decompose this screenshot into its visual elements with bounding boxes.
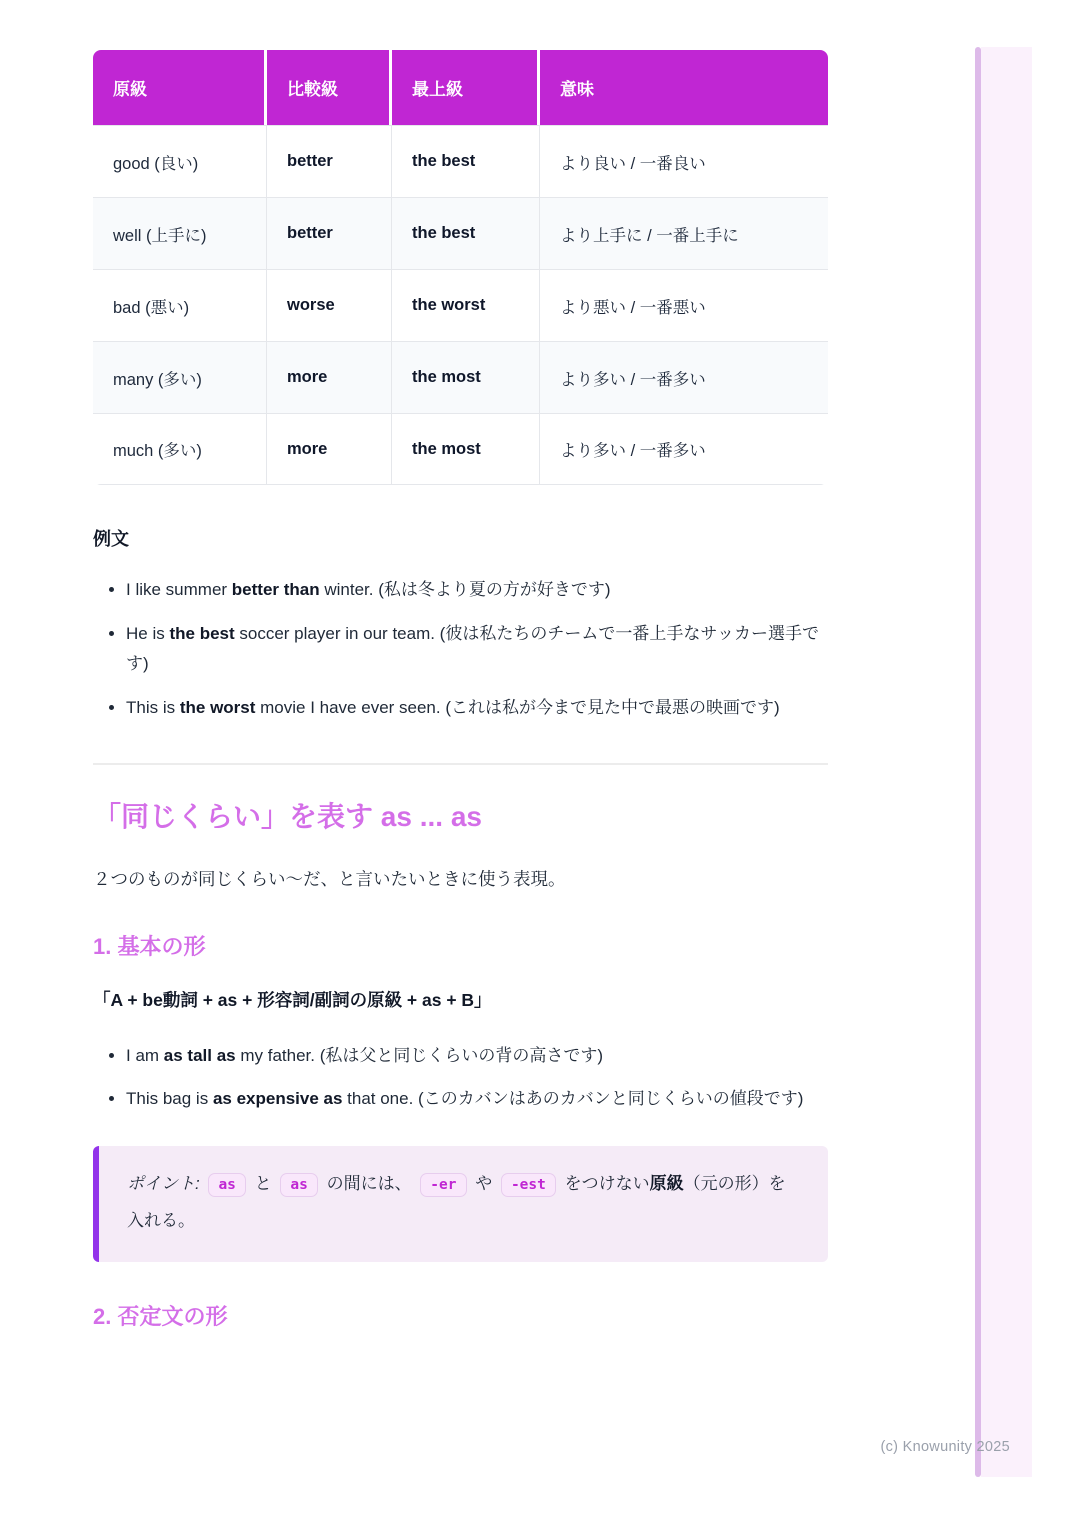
point-callout: ポイント: as と as の間には、 -er や -est をつけない原級（元… [93, 1146, 828, 1262]
table-cell: better [267, 197, 392, 269]
text-segment: that one. (このカバンはあのカバンと同じくらいの値段です) [342, 1089, 803, 1108]
as-as-section-title: 「同じくらい」を表す as ... as [93, 798, 828, 836]
text-segment: をつけない [560, 1174, 650, 1193]
bold-text: the best [169, 624, 234, 643]
table-header-cell: 最上級 [392, 50, 540, 125]
negative-form-heading: 2. 否定文の形 [93, 1302, 828, 1332]
examples-heading: 例文 [93, 525, 828, 551]
table-header-cell: 比較級 [267, 50, 392, 125]
text-segment: He is [126, 624, 169, 643]
copyright-watermark: (c) Knowunity 2025 [880, 1439, 1010, 1455]
table-cell: much (多い) [93, 413, 267, 485]
text-segment: の間には、 [322, 1174, 416, 1193]
text-segment: I am [126, 1046, 164, 1065]
basic-form-heading: 1. 基本の形 [93, 932, 828, 962]
table-cell: more [267, 341, 392, 413]
table-cell: many (多い) [93, 341, 267, 413]
table-cell: good (良い) [93, 125, 267, 197]
basic-form-examples-list: I am as tall as my father. (私は父と同じくらいの背の… [93, 1040, 828, 1114]
table-cell: better [267, 125, 392, 197]
right-margin-panel [981, 47, 1032, 1477]
table-row: many (多い)morethe mostより多い / 一番多い [93, 341, 828, 413]
bold-text: better than [232, 580, 320, 599]
table-cell: より上手に / 一番上手に [540, 197, 828, 269]
table-header-cell: 意味 [540, 50, 828, 125]
bold-text: the worst [180, 698, 256, 717]
table-cell: the best [392, 197, 540, 269]
examples-list: I like summer better than winter. (私は冬より… [93, 575, 828, 723]
document-content: 原級比較級最上級意味 good (良い)betterthe bestより良い /… [93, 50, 828, 1332]
text-segment: This bag is [126, 1089, 213, 1108]
table-header: 原級比較級最上級意味 [93, 50, 828, 125]
text-segment: movie I have ever seen. (これは私が今まで見た中で最悪の… [255, 698, 779, 717]
table-cell: the worst [392, 269, 540, 341]
point-callout-text: ポイント: as と as の間には、 -er や -est をつけない原級（元… [127, 1166, 798, 1238]
table-row: much (多い)morethe mostより多い / 一番多い [93, 413, 828, 485]
table-cell: より良い / 一番良い [540, 125, 828, 197]
table-cell: more [267, 413, 392, 485]
as-as-intro-text: ２つのものが同じくらい〜だ、と言いたいときに使う表現。 [93, 867, 828, 892]
irregular-comparison-table: 原級比較級最上級意味 good (良い)betterthe bestより良い /… [93, 50, 828, 485]
example-list-item: This is the worst movie I have ever seen… [126, 693, 828, 723]
table-row: bad (悪い)worsethe worstより悪い / 一番悪い [93, 269, 828, 341]
table-cell: より多い / 一番多い [540, 341, 828, 413]
inline-code-chip: as [280, 1173, 317, 1197]
table-header-cell: 原級 [93, 50, 267, 125]
table-cell: bad (悪い) [93, 269, 267, 341]
comparison-table-wrapper: 原級比較級最上級意味 good (良い)betterthe bestより良い /… [93, 50, 828, 485]
basic-form-formula: 「A + be動詞 + as + 形容詞/副詞の原級 + as + B」 [93, 988, 828, 1012]
example-list-item: This bag is as expensive as that one. (こ… [126, 1083, 828, 1114]
text-segment: winter. (私は冬より夏の方が好きです) [320, 580, 611, 599]
table-body: good (良い)betterthe bestより良い / 一番良いwell (… [93, 125, 828, 485]
inline-code-chip: as [208, 1173, 245, 1197]
example-list-item: He is the best soccer player in our team… [126, 619, 828, 679]
text-segment: This is [126, 698, 180, 717]
table-cell: the most [392, 413, 540, 485]
bold-text: as expensive as [213, 1089, 342, 1108]
table-row: good (良い)betterthe bestより良い / 一番良い [93, 125, 828, 197]
table-cell: より多い / 一番多い [540, 413, 828, 485]
table-cell: the most [392, 341, 540, 413]
text-segment: と [250, 1174, 276, 1193]
example-list-item: I am as tall as my father. (私は父と同じくらいの背の… [126, 1040, 828, 1071]
inline-code-chip: -er [420, 1173, 466, 1197]
text-segment: や [471, 1174, 497, 1193]
table-cell: well (上手に) [93, 197, 267, 269]
text-segment: I like summer [126, 580, 232, 599]
table-row: well (上手に)betterthe bestより上手に / 一番上手に [93, 197, 828, 269]
bold-text: as tall as [164, 1046, 236, 1065]
table-cell: the best [392, 125, 540, 197]
example-list-item: I like summer better than winter. (私は冬より… [126, 575, 828, 605]
table-header-row: 原級比較級最上級意味 [93, 50, 828, 125]
text-segment: ポイント: [127, 1174, 204, 1193]
right-margin-line [975, 47, 981, 1477]
table-cell: より悪い / 一番悪い [540, 269, 828, 341]
text-segment: my father. (私は父と同じくらいの背の高さです) [236, 1046, 603, 1065]
section-divider [93, 763, 828, 765]
table-cell: worse [267, 269, 392, 341]
bold-text: 原級 [650, 1174, 684, 1193]
inline-code-chip: -est [501, 1173, 556, 1197]
